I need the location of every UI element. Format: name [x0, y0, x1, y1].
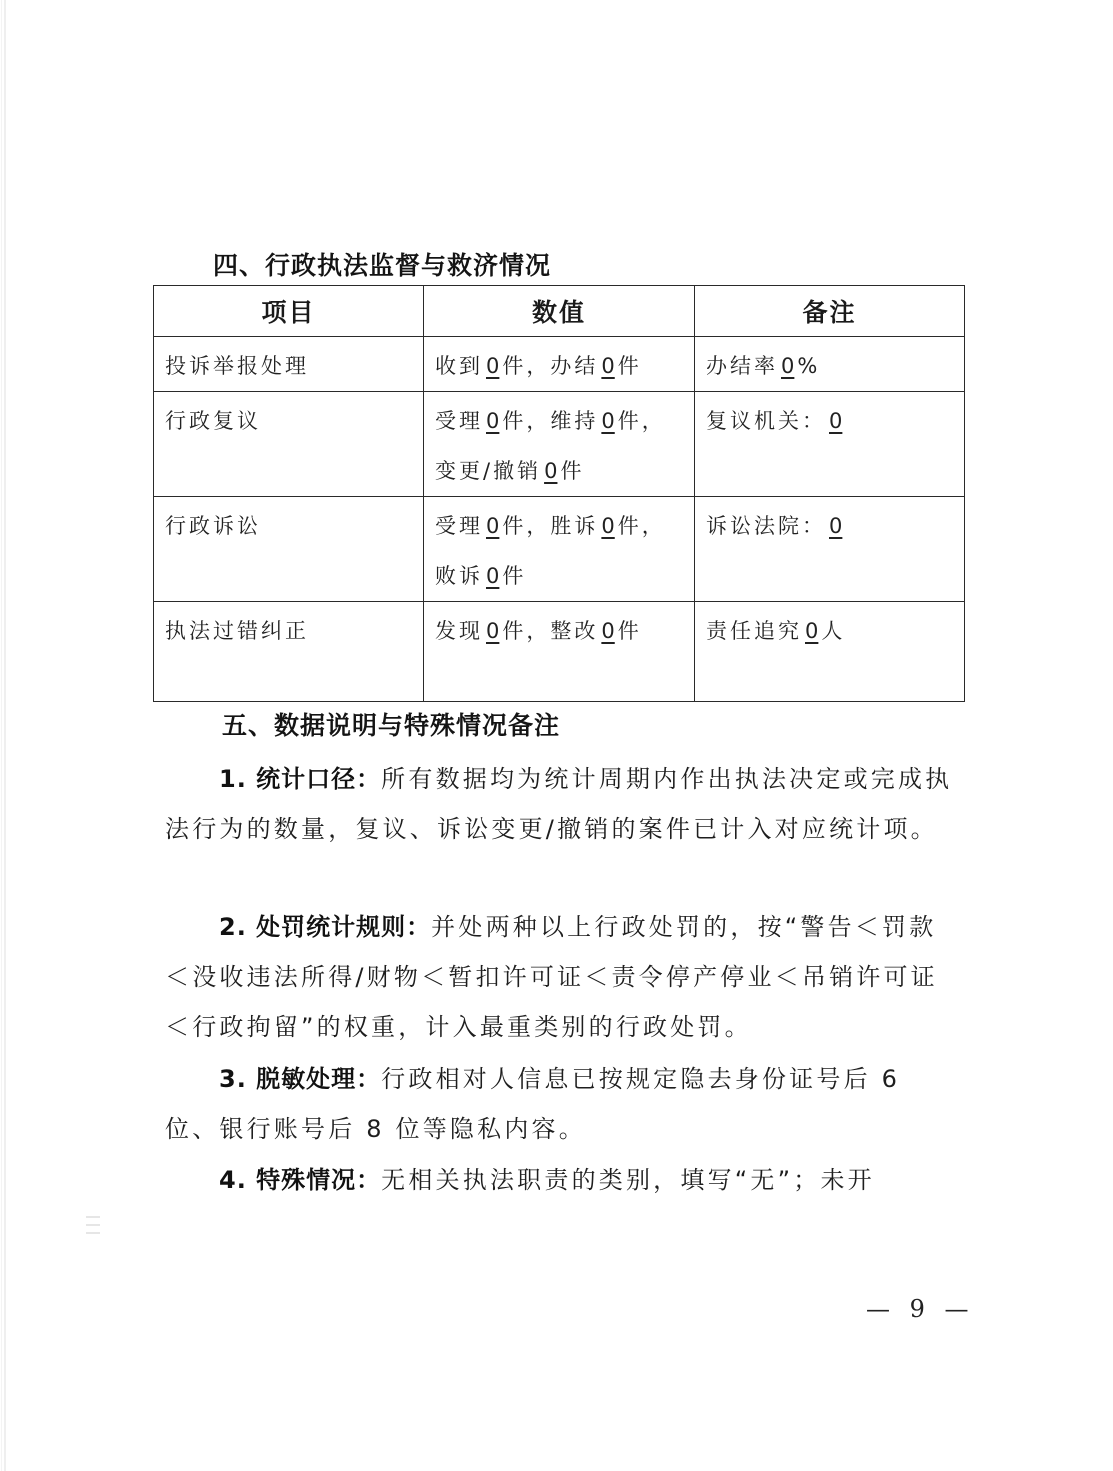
filled-value: 0 — [778, 354, 797, 378]
cell-text: 件 — [502, 564, 526, 588]
cell-text: 办结率 — [706, 354, 778, 378]
filled-value: 0 — [483, 564, 502, 588]
filled-value: 0 — [826, 409, 845, 433]
row-item: 执法过错纠正 — [154, 602, 423, 656]
table-row: 投诉举报处理 收到0件，办结0件 办结率0% — [154, 337, 965, 392]
note-label: 3. 脱敏处理： — [219, 1065, 381, 1093]
table-header-row: 项目 数值 备注 — [154, 286, 965, 337]
filled-value: 0 — [826, 514, 845, 538]
section-5-title: 五、数据说明与特殊情况备注 — [222, 706, 560, 742]
cell-text: 受理 — [435, 409, 483, 433]
cell-text: 诉讼法院： — [706, 514, 826, 538]
row-note: 诉讼法院：0 — [695, 497, 964, 551]
filled-value: 0 — [541, 459, 560, 483]
row-item: 行政复议 — [154, 392, 423, 446]
row-value: 受理0件，维持0件，变更/撤销0件 — [424, 392, 694, 496]
note-text: 无相关执法职责的类别，填写“无”；未开 — [381, 1166, 875, 1194]
table-row: 执法过错纠正 发现0件，整改0件 责任追究0人 — [154, 602, 965, 702]
note-paragraph: 2. 处罚统计规则：并处两种以上行政处罚的，按“警告＜罚款＜没收违法所得/财物＜… — [165, 902, 955, 1052]
filled-value: 0 — [483, 409, 502, 433]
supervision-table: 项目 数值 备注 投诉举报处理 收到0件，办结0件 办结率0% 行政复议 受理0… — [153, 285, 965, 702]
filled-value: 0 — [483, 514, 502, 538]
page-number: — 9 — — [866, 1295, 975, 1323]
cell-text: 件 — [618, 619, 642, 643]
note-label: 2. 处罚统计规则： — [219, 913, 431, 941]
cell-text: 责任追究 — [706, 619, 802, 643]
row-item: 行政诉讼 — [154, 497, 423, 551]
filled-value: 0 — [802, 619, 821, 643]
cell-text: 发现 — [435, 619, 483, 643]
row-note: 办结率0% — [695, 337, 964, 391]
cell-text: 件，维持 — [502, 409, 598, 433]
row-item: 投诉举报处理 — [154, 337, 423, 391]
cell-text: 件 — [618, 354, 642, 378]
cell-text: 件 — [560, 459, 584, 483]
section-4-title: 四、行政执法监督与救济情况 — [213, 246, 551, 282]
cell-text: 件，胜诉 — [502, 514, 598, 538]
note-label: 1. 统计口径： — [219, 765, 381, 793]
filled-value: 0 — [598, 354, 617, 378]
table-row: 行政复议 受理0件，维持0件，变更/撤销0件 复议机关：0 — [154, 392, 965, 497]
cell-text: 人 — [821, 619, 845, 643]
header-item: 项目 — [154, 286, 424, 337]
row-note: 责任追究0人 — [695, 602, 964, 656]
cell-text: 收到 — [435, 354, 483, 378]
note-paragraph: 1. 统计口径：所有数据均为统计周期内作出执法决定或完成执法行为的数量，复议、诉… — [165, 754, 955, 854]
header-value: 数值 — [424, 286, 695, 337]
scan-artifact — [86, 1216, 100, 1246]
note-paragraph: 3. 脱敏处理：行政相对人信息已按规定隐去身份证号后 6 位、银行账号后 8 位… — [165, 1054, 955, 1154]
filled-value: 0 — [483, 354, 502, 378]
filled-value: 0 — [598, 619, 617, 643]
header-note: 备注 — [695, 286, 965, 337]
row-note: 复议机关：0 — [695, 392, 964, 446]
filled-value: 0 — [483, 619, 502, 643]
cell-text: 件，整改 — [502, 619, 598, 643]
filled-value: 0 — [598, 409, 617, 433]
note-paragraph: 4. 特殊情况：无相关执法职责的类别，填写“无”；未开 — [165, 1155, 955, 1205]
row-value: 发现0件，整改0件 — [424, 602, 694, 656]
cell-text: 复议机关： — [706, 409, 826, 433]
note-label: 4. 特殊情况： — [219, 1166, 381, 1194]
row-value: 受理0件，胜诉0件，败诉0件 — [424, 497, 694, 601]
cell-text: % — [797, 354, 820, 378]
table-row: 行政诉讼 受理0件，胜诉0件，败诉0件 诉讼法院：0 — [154, 497, 965, 602]
filled-value: 0 — [598, 514, 617, 538]
row-value: 收到0件，办结0件 — [424, 337, 694, 391]
scan-edge — [4, 0, 6, 1471]
cell-text: 受理 — [435, 514, 483, 538]
scan-edge — [1, 0, 2, 1471]
cell-text: 件，办结 — [502, 354, 598, 378]
